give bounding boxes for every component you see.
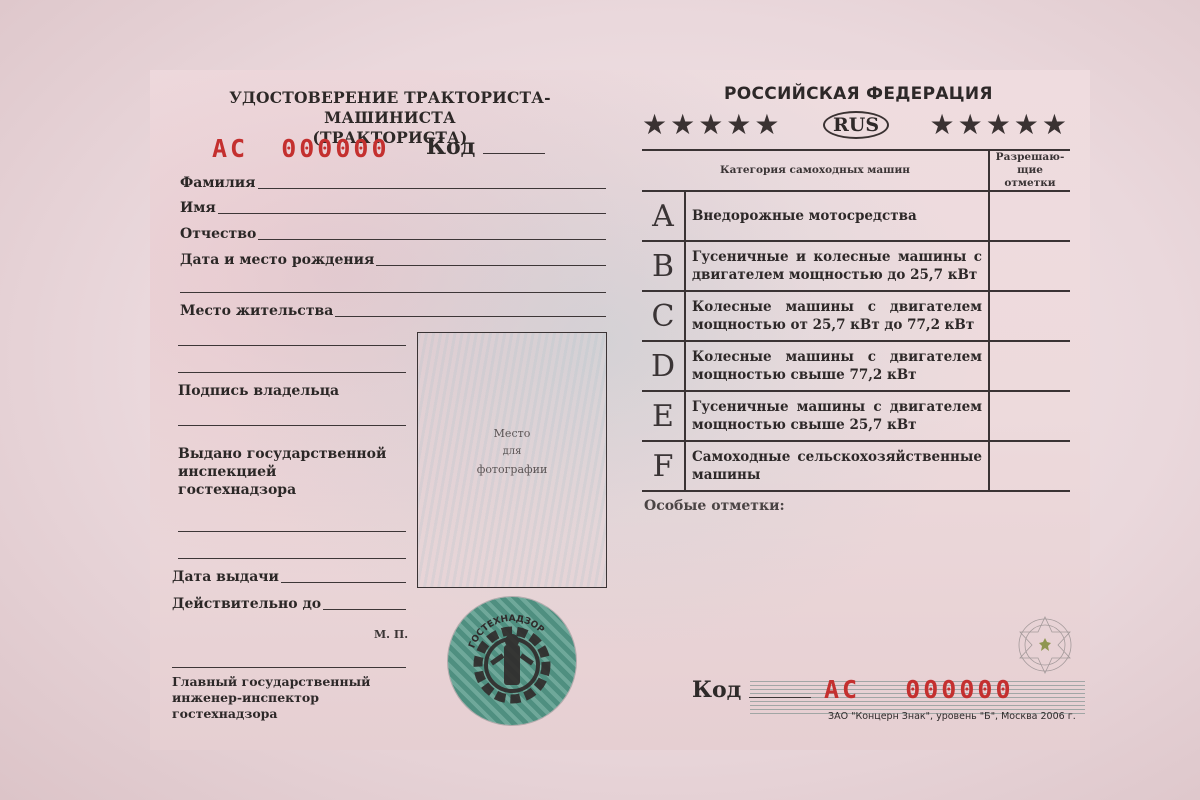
country-title: РОССИЙСКАЯ ФЕДЕРАЦИЯ: [724, 84, 993, 104]
header-marks-line2: щие отметки: [990, 164, 1070, 190]
photo-caption-line2: для: [418, 443, 606, 461]
category-mark-cell[interactable]: [989, 241, 1070, 291]
category-mark-cell[interactable]: [989, 191, 1070, 241]
photo-caption-line1: Место: [418, 425, 606, 443]
document-title-line1: УДОСТОВЕРЕНИЕ ТРАКТОРИСТА-МАШИНИСТА: [170, 88, 610, 128]
stamp-place: М. П.: [374, 628, 408, 641]
residence-field[interactable]: Место жительства: [180, 302, 606, 320]
inspector-line1: Главный государственный: [172, 674, 370, 690]
printer-imprint: ЗАО "Концерн Знак", уровень "Б", Москва …: [828, 711, 1076, 722]
inspector-label: Главный государственный инженер-инспекто…: [172, 674, 370, 722]
issue-date-field[interactable]: Дата выдачи: [172, 568, 406, 586]
serial-number: АС 000000: [212, 134, 390, 163]
category-description: Колесные машины с двигателем мощностью о…: [685, 291, 989, 341]
issued-by-label: Выдано государственной инспекцией гостех…: [178, 445, 386, 499]
category-row-e: E Гусеничные машины с двигателем мощност…: [642, 391, 1070, 441]
code-blank[interactable]: [483, 153, 545, 154]
category-description: Внедорожные мотосредства: [685, 191, 989, 241]
bottom-serial-number: АС 000000: [824, 675, 1014, 704]
category-letter: E: [642, 391, 685, 441]
country-code-badge: RUS: [823, 111, 889, 139]
valid-until-label: Действительно до: [172, 595, 321, 613]
category-table: Категория самоходных машин Разрешаю- щие…: [642, 149, 1070, 492]
category-description: Гусеничные машины с двигателем мощностью…: [685, 391, 989, 441]
category-row-b: B Гусеничные и колесные машины с двигате…: [642, 241, 1070, 291]
inspector-signature-line[interactable]: [172, 667, 406, 668]
inspector-line3: гостехнадзора: [172, 706, 370, 722]
bottom-series: АС: [824, 675, 860, 704]
bottom-code-field: Код: [692, 677, 811, 703]
name-field[interactable]: Имя: [180, 199, 606, 217]
category-mark-cell[interactable]: [989, 341, 1070, 391]
header-category: Категория самоходных машин: [642, 150, 989, 191]
valid-until-field[interactable]: Действительно до: [172, 595, 406, 613]
category-row-c: C Колесные машины с двигателем мощностью…: [642, 291, 1070, 341]
patronymic-field[interactable]: Отчество: [180, 225, 606, 243]
patronymic-label: Отчество: [180, 225, 256, 243]
bottom-code-label: Код: [692, 677, 741, 703]
signature-label: Подпись владельца: [178, 382, 339, 400]
tractor-driver-license: УДОСТОВЕРЕНИЕ ТРАКТОРИСТА-МАШИНИСТА (ТРА…: [150, 70, 1090, 750]
residence-label: Место жительства: [180, 302, 333, 320]
name-label: Имя: [180, 199, 216, 217]
bottom-code-blank[interactable]: [749, 697, 811, 698]
signature-line[interactable]: [178, 425, 406, 426]
category-description: Колесные машины с двигателем мощностью с…: [685, 341, 989, 391]
stars-right-icon: ★★★★★: [929, 110, 1070, 140]
inspector-line2: инженер-инспектор: [172, 690, 370, 706]
issued-by-line-b[interactable]: [178, 558, 406, 559]
birth-label: Дата и место рождения: [180, 251, 374, 269]
issue-date-label: Дата выдачи: [172, 568, 279, 586]
header-marks: Разрешаю- щие отметки: [989, 150, 1070, 191]
number: 000000: [281, 134, 389, 163]
category-mark-cell[interactable]: [989, 391, 1070, 441]
photo-caption: Место для фотографии: [418, 425, 606, 479]
category-letter: F: [642, 441, 685, 491]
stars-left-icon: ★★★★★: [642, 110, 783, 140]
birth-line-2[interactable]: [180, 292, 606, 293]
category-row-d: D Колесные машины с двигателем мощностью…: [642, 341, 1070, 391]
issued-by-line2: инспекцией: [178, 463, 386, 481]
category-letter: C: [642, 291, 685, 341]
rosette-icon: [1010, 610, 1080, 680]
surname-label: Фамилия: [180, 174, 256, 192]
category-table-header: Категория самоходных машин Разрешаю- щие…: [642, 150, 1070, 191]
photo-caption-line3: фотографии: [418, 461, 606, 479]
stars-row: ★★★★★ RUS ★★★★★: [642, 110, 1070, 140]
residence-line-2[interactable]: [178, 345, 406, 346]
header-marks-line1: Разрешаю-: [990, 151, 1070, 164]
surname-field[interactable]: Фамилия: [180, 174, 606, 192]
photo-placeholder[interactable]: Место для фотографии: [417, 332, 607, 588]
issued-by-line1: Выдано государственной: [178, 445, 386, 463]
birth-field[interactable]: Дата и место рождения: [180, 251, 606, 269]
issued-by-line-a[interactable]: [178, 531, 406, 532]
category-mark-cell[interactable]: [989, 441, 1070, 491]
category-row-f: F Самоходные сельскохозяйственные машины: [642, 441, 1070, 491]
category-letter: B: [642, 241, 685, 291]
series: АС: [212, 134, 248, 163]
category-mark-cell[interactable]: [989, 291, 1070, 341]
code-field: Код: [426, 134, 545, 160]
gostekhnadzor-hologram-icon: ГОСТЕХНАДЗОР: [448, 597, 576, 725]
category-letter: D: [642, 341, 685, 391]
category-description: Гусеничные и колесные машины с двигателе…: [685, 241, 989, 291]
bottom-number: 000000: [905, 675, 1013, 704]
residence-line-3[interactable]: [178, 372, 406, 373]
issued-by-line3: гостехнадзора: [178, 481, 386, 499]
code-label: Код: [426, 134, 475, 160]
special-marks-label: Особые отметки:: [644, 498, 785, 514]
category-description: Самоходные сельскохозяйственные машины: [685, 441, 989, 491]
category-letter: A: [642, 191, 685, 241]
category-row-a: A Внедорожные мотосредства: [642, 191, 1070, 241]
